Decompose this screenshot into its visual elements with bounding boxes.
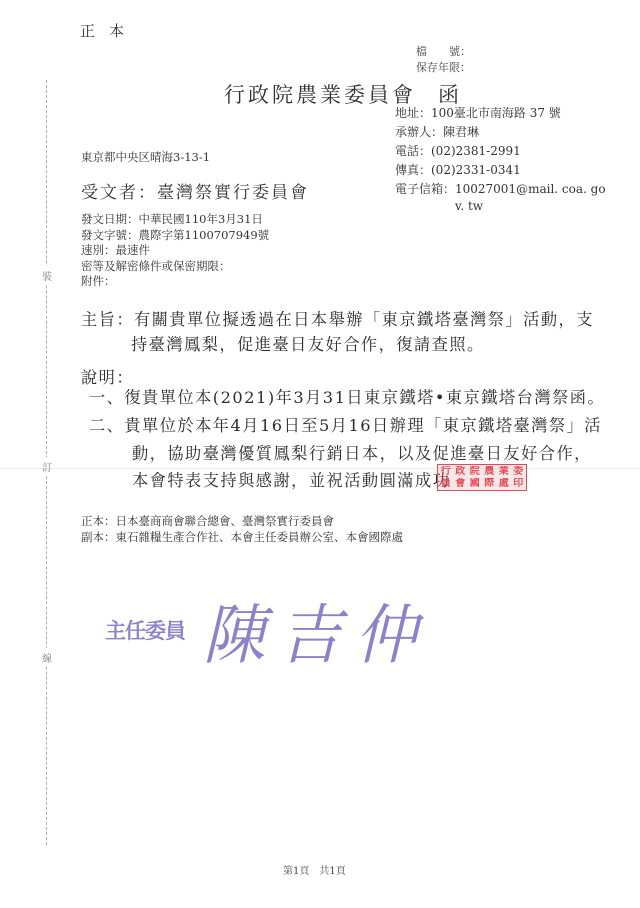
retention-label: 保存年限： <box>416 60 471 76</box>
seal-char: 行 <box>439 466 453 477</box>
email-continued: v. tw <box>395 199 606 214</box>
file-meta: 檔 號： 保存年限： <box>416 44 471 76</box>
explanation-item-1: 一、復貴單位本(2021)年3月31日東京鐵塔•東京鐵塔台灣祭函。 <box>89 384 605 408</box>
distribution-block: 正本：日本臺商商會聯合總會、臺灣祭實行委員會 副本：東石雜糧生產合作社、本會主任… <box>81 513 403 545</box>
binding-label-zhuang: 裝 <box>39 266 55 285</box>
recipient-address: 東京都中央区晴海3-13-1 <box>81 149 210 165</box>
seal-char: 院 <box>468 466 482 477</box>
phone: 電話：(02)2381-2991 <box>395 142 606 161</box>
subject-line-2: 持臺灣鳳梨，促進臺日友好合作，復請查照。 <box>131 331 485 355</box>
classification: 密等及解密條件或保密期限： <box>81 259 269 275</box>
explanation-item-2-line-2: 動，協助臺灣優質鳳梨行銷日本，以及促進臺日友好合作， <box>132 440 592 464</box>
signatory-name: 陳吉仲 <box>203 583 431 676</box>
issue-date: 發文日期：中華民國110年3月31日 <box>81 212 269 228</box>
document-meta-fields: 發文日期：中華民國110年3月31日 發文字號：農際字第1100707949號 … <box>81 212 269 290</box>
explanation-item-2-line-3: 本會特表支持與感謝，並祝活動圓滿成功 <box>132 467 450 491</box>
file-number-label: 檔 號： <box>416 44 471 60</box>
official-seal: 行 政 院 農 業 委 員 會 國 際 處 印 <box>437 464 527 491</box>
seal-char: 農 <box>483 466 497 477</box>
handler: 承辦人：陳君琳 <box>395 123 606 142</box>
attachments: 附件： <box>81 274 269 290</box>
signature-block: 主任委員陳吉仲 <box>105 585 431 674</box>
contact-block: 地址：100臺北市南海路 37 號 承辦人：陳君琳 電話：(02)2381-29… <box>395 104 606 214</box>
agency-name: 行政院農業委員會 <box>224 83 416 107</box>
seal-char: 際 <box>483 478 497 489</box>
address: 地址：100臺北市南海路 37 號 <box>395 104 606 123</box>
seal-char: 政 <box>454 466 468 477</box>
binding-label-ding: 訂 <box>39 457 55 476</box>
binding-label-xian: 線 <box>39 648 55 667</box>
copy-type: 正本 <box>80 20 138 41</box>
original-recipients: 正本：日本臺商商會聯合總會、臺灣祭實行委員會 <box>81 513 403 529</box>
scan-artifact <box>0 468 640 469</box>
subject-line-1: 主旨：有關貴單位擬透過在日本舉辦「東京鐵塔臺灣祭」活動，支 <box>81 306 594 330</box>
email: 電子信箱：10027001@mail. coa. go <box>395 180 606 199</box>
recipient: 受文者：臺灣祭實行委員會 <box>81 178 309 203</box>
page-number: 第1頁 共1頁 <box>283 862 346 877</box>
seal-char: 處 <box>497 478 511 489</box>
issue-number: 發文字號：農際字第1100707949號 <box>81 228 269 244</box>
signatory-title: 主任委員 <box>105 615 185 645</box>
copy-recipients: 副本：東石雜糧生產合作社、本會主任委員辦公室、本會國際處 <box>81 529 403 545</box>
seal-char: 國 <box>468 478 482 489</box>
fax: 傳真：(02)2331-0341 <box>395 161 606 180</box>
urgency: 速別：最速件 <box>81 243 269 259</box>
explanation-item-2-line-1: 二、貴單位於本年4月16日至5月16日辦理「東京鐵塔臺灣祭」活 <box>89 412 602 436</box>
seal-char: 員 <box>439 478 453 489</box>
seal-char: 委 <box>512 466 526 477</box>
seal-char: 業 <box>497 466 511 477</box>
seal-char: 印 <box>512 478 526 489</box>
seal-char: 會 <box>454 478 468 489</box>
